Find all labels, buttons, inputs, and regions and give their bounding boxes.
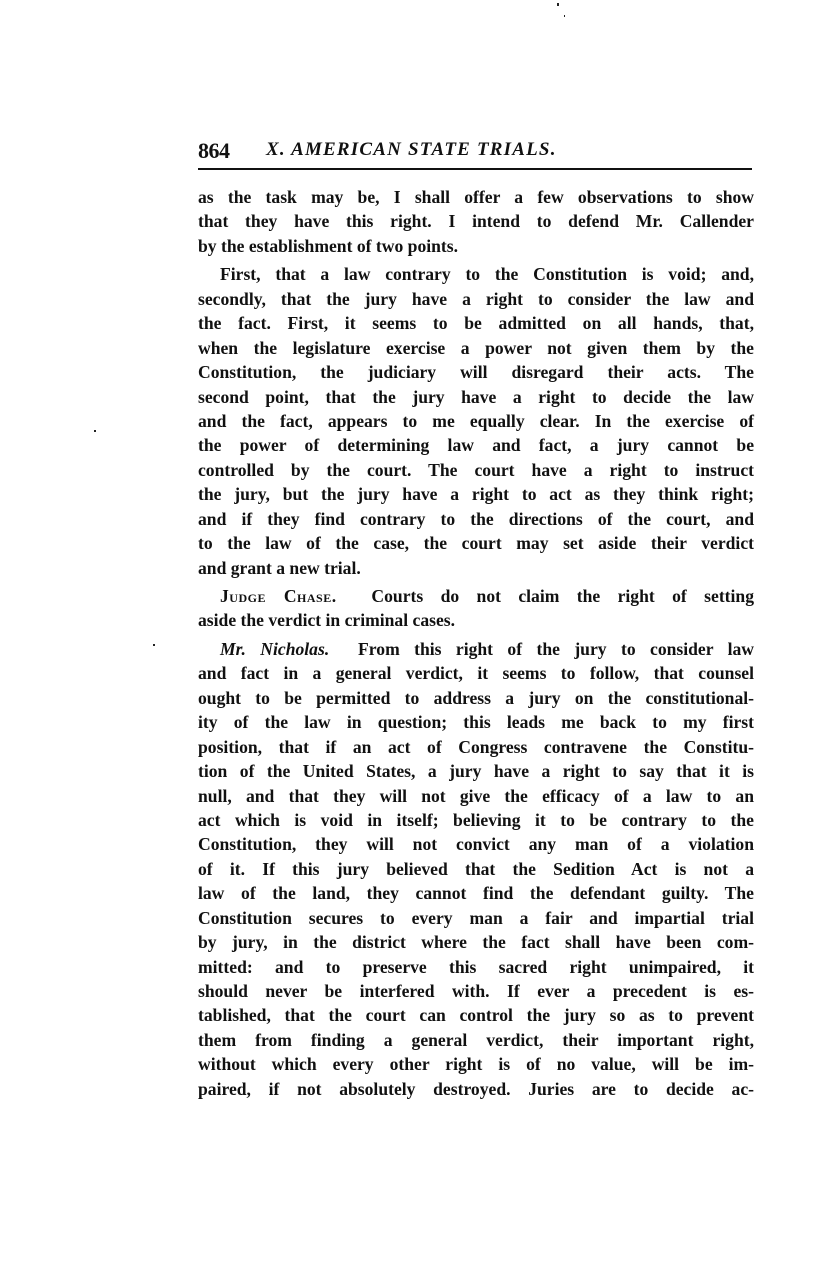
text-line: ought to be permitted to address a jury …: [198, 686, 754, 710]
paragraph-judge-chase: Judge Chase. Courts do not claim the rig…: [198, 584, 754, 633]
speech-text: From this right of the jury to consider …: [358, 639, 754, 659]
scan-artifact: [564, 15, 565, 17]
text-line: when the legislature exercise a power no…: [198, 336, 754, 360]
book-page: 864 X. AMERICAN STATE TRIALS. as the tas…: [198, 138, 754, 1101]
text-line: law of the land, they cannot find the de…: [198, 881, 754, 905]
speaker-name: Mr. Nicholas.: [220, 639, 329, 659]
paragraph-two-points: First, that a law contrary to the Consti…: [198, 262, 754, 580]
text-line: by the establishment of two points.: [198, 234, 754, 258]
text-line: should never be interfered with. If ever…: [198, 979, 754, 1003]
text-line: Constitution, the judiciary will disrega…: [198, 360, 754, 384]
paragraph-mr-nicholas: Mr. Nicholas. From this right of the jur…: [198, 637, 754, 1101]
text-line: to the law of the case, the court may se…: [198, 531, 754, 555]
paragraph-continuation: as the task may be, I shall offer a few …: [198, 185, 754, 258]
text-line: and if they find contrary to the directi…: [198, 507, 754, 531]
text-line: tablished, that the court can control th…: [198, 1003, 754, 1027]
text-line: them from finding a general verdict, the…: [198, 1028, 754, 1052]
text-line: that they have this right. I intend to d…: [198, 209, 754, 233]
text-line: controlled by the court. The court have …: [198, 458, 754, 482]
text-line: mitted: and to preserve this sacred righ…: [198, 955, 754, 979]
text-line: act which is void in itself; believing i…: [198, 808, 754, 832]
scan-artifact: [557, 3, 559, 6]
text-line: and grant a new trial.: [198, 556, 754, 580]
header-rule: [198, 168, 752, 170]
speaker-name: Judge Chase.: [220, 586, 337, 606]
text-line: second point, that the jury have a right…: [198, 385, 754, 409]
text-line: paired, if not absolutely destroyed. Jur…: [198, 1077, 754, 1101]
scan-artifact: [153, 644, 155, 646]
text-line: the jury, but the jury have a right to a…: [198, 482, 754, 506]
text-line: without which every other right is of no…: [198, 1052, 754, 1076]
text-line: secondly, that the jury have a right to …: [198, 287, 754, 311]
speech-text: Courts do not claim the right of setting: [371, 586, 754, 606]
text-line: and the fact, appears to me equally clea…: [198, 409, 754, 433]
text-line: the power of determining law and fact, a…: [198, 433, 754, 457]
text-line: Judge Chase. Courts do not claim the rig…: [198, 584, 754, 608]
text-line: Mr. Nicholas. From this right of the jur…: [198, 637, 754, 661]
text-line: aside the verdict in criminal cases.: [198, 608, 754, 632]
text-line: as the task may be, I shall offer a few …: [198, 185, 754, 209]
text-line: ity of the law in question; this leads m…: [198, 710, 754, 734]
body-text: as the task may be, I shall offer a few …: [198, 185, 754, 1101]
text-line: of it. If this jury believed that the Se…: [198, 857, 754, 881]
text-line: the fact. First, it seems to be admitted…: [198, 311, 754, 335]
text-line: Constitution secures to every man a fair…: [198, 906, 754, 930]
text-line: by jury, in the district where the fact …: [198, 930, 754, 954]
text-line: and fact in a general verdict, it seems …: [198, 661, 754, 685]
running-head: 864 X. AMERICAN STATE TRIALS.: [198, 138, 754, 166]
running-title: X. AMERICAN STATE TRIALS.: [266, 139, 557, 161]
text-line: position, that if an act of Congress con…: [198, 735, 754, 759]
text-line: null, and that they will not give the ef…: [198, 784, 754, 808]
page-number: 864: [198, 138, 230, 164]
scan-artifact: [94, 430, 96, 432]
text-line: Constitution, they will not convict any …: [198, 832, 754, 856]
text-line: tion of the United States, a jury have a…: [198, 759, 754, 783]
text-line: First, that a law contrary to the Consti…: [198, 262, 754, 286]
